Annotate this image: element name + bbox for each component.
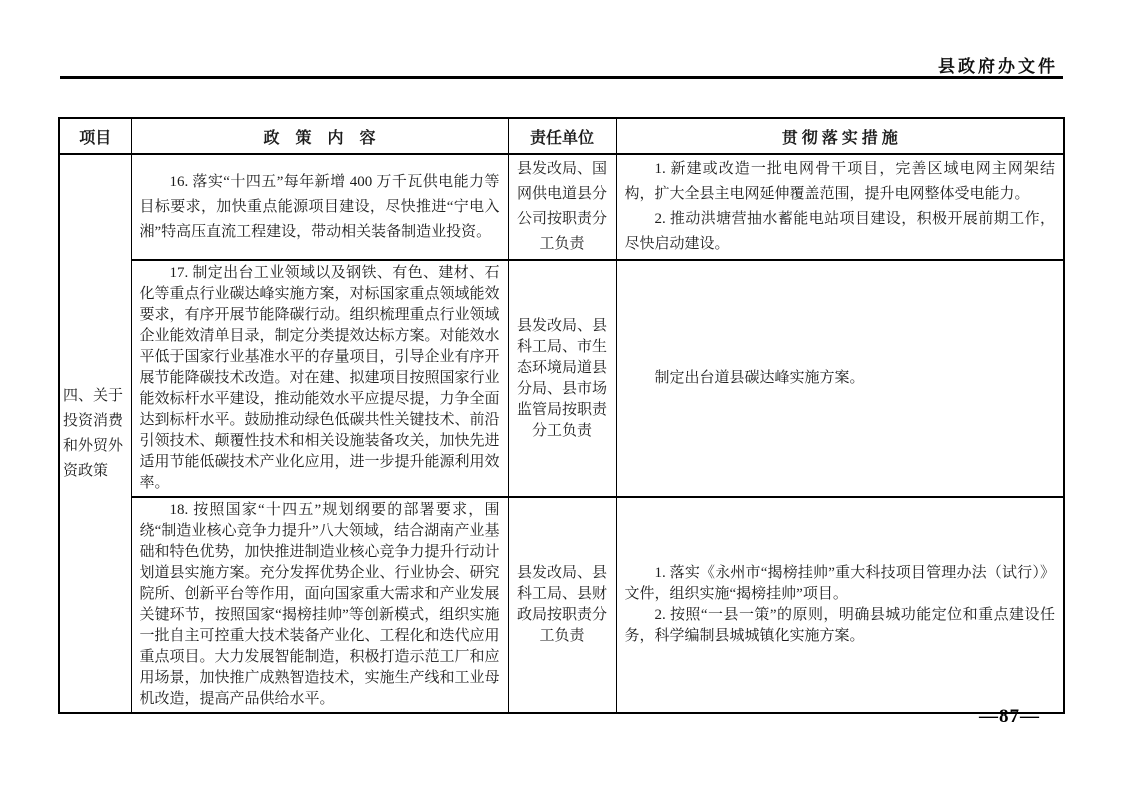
measures-cell-18: 1. 落实《永州市“揭榜挂帅”重大科技项目管理办法（试行）》文件，组织实施“揭榜… [616,497,1064,713]
unit-cell-17: 县发改局、县科工局、市生态环境局道县分局、县市场监管局按职责分工负责 [508,260,616,497]
measure-item: 2. 按照“一县一策”的原则，明确县城功能定位和重点建设任务，科学编制县城城镇化… [625,605,1056,647]
measure-item: 2. 推动洪塘营抽水蓄能电站项目建设，积极开展前期工作，尽快启动建设。 [625,207,1056,257]
col-header-policy: 政 策 内 容 [131,118,508,154]
project-group-cell: 四、关于投资消费和外贸外资政策 [59,154,131,713]
measure-item: 1. 落实《永州市“揭榜挂帅”重大科技项目管理办法（试行）》文件，组织实施“揭榜… [625,563,1056,605]
policy-text: 18. 按照国家“十四五”规划纲要的部署要求，围绕“制造业核心竞争力提升”八大领… [140,500,500,710]
measure-item: 制定出台道县碳达峰实施方案。 [625,368,1056,389]
page-header-title: 县政府办文件 [938,52,1058,77]
page-number: —87— [979,706,1040,728]
table-row-17: 17. 制定出台工业领域以及钢铁、有色、建材、石化等重点行业碳达峰实施方案，对标… [59,260,1064,497]
measures-cell-17: 制定出台道县碳达峰实施方案。 [616,260,1064,497]
policy-cell-18: 18. 按照国家“十四五”规划纲要的部署要求，围绕“制造业核心竞争力提升”八大领… [131,497,508,713]
col-header-project: 项目 [59,118,131,154]
measures-cell-16: 1. 新建或改造一批电网骨干项目，完善区域电网主网架结构，扩大全县主电网延伸覆盖… [616,154,1064,260]
policy-table: 项目 政 策 内 容 责任单位 贯 彻 落 实 措 施 四、关于投资消费和外贸外… [58,117,1065,714]
policy-cell-17: 17. 制定出台工业领域以及钢铁、有色、建材、石化等重点行业碳达峰实施方案，对标… [131,260,508,497]
table-row-18: 18. 按照国家“十四五”规划纲要的部署要求，围绕“制造业核心竞争力提升”八大领… [59,497,1064,713]
header-rule [60,76,1063,79]
table-row-16: 四、关于投资消费和外贸外资政策 16. 落实“十四五”每年新增 400 万千瓦供… [59,154,1064,260]
unit-cell-16: 县发改局、国网供电道县分公司按职责分工负责 [508,154,616,260]
document-page: 县政府办文件 项目 政 策 内 容 责任单位 贯 彻 落 实 措 施 四、关于投… [0,0,1122,793]
policy-cell-16: 16. 落实“十四五”每年新增 400 万千瓦供电能力等目标要求，加快重点能源项… [131,154,508,260]
measure-item: 1. 新建或改造一批电网骨干项目，完善区域电网主网架结构，扩大全县主电网延伸覆盖… [625,157,1056,207]
table-header-row: 项目 政 策 内 容 责任单位 贯 彻 落 实 措 施 [59,118,1064,154]
col-header-unit: 责任单位 [508,118,616,154]
unit-cell-18: 县发改局、县科工局、县财政局按职责分工负责 [508,497,616,713]
col-header-measures: 贯 彻 落 实 措 施 [616,118,1064,154]
policy-text: 16. 落实“十四五”每年新增 400 万千瓦供电能力等目标要求，加快重点能源项… [140,170,500,245]
policy-text: 17. 制定出台工业领域以及钢铁、有色、建材、石化等重点行业碳达峰实施方案，对标… [140,263,500,494]
